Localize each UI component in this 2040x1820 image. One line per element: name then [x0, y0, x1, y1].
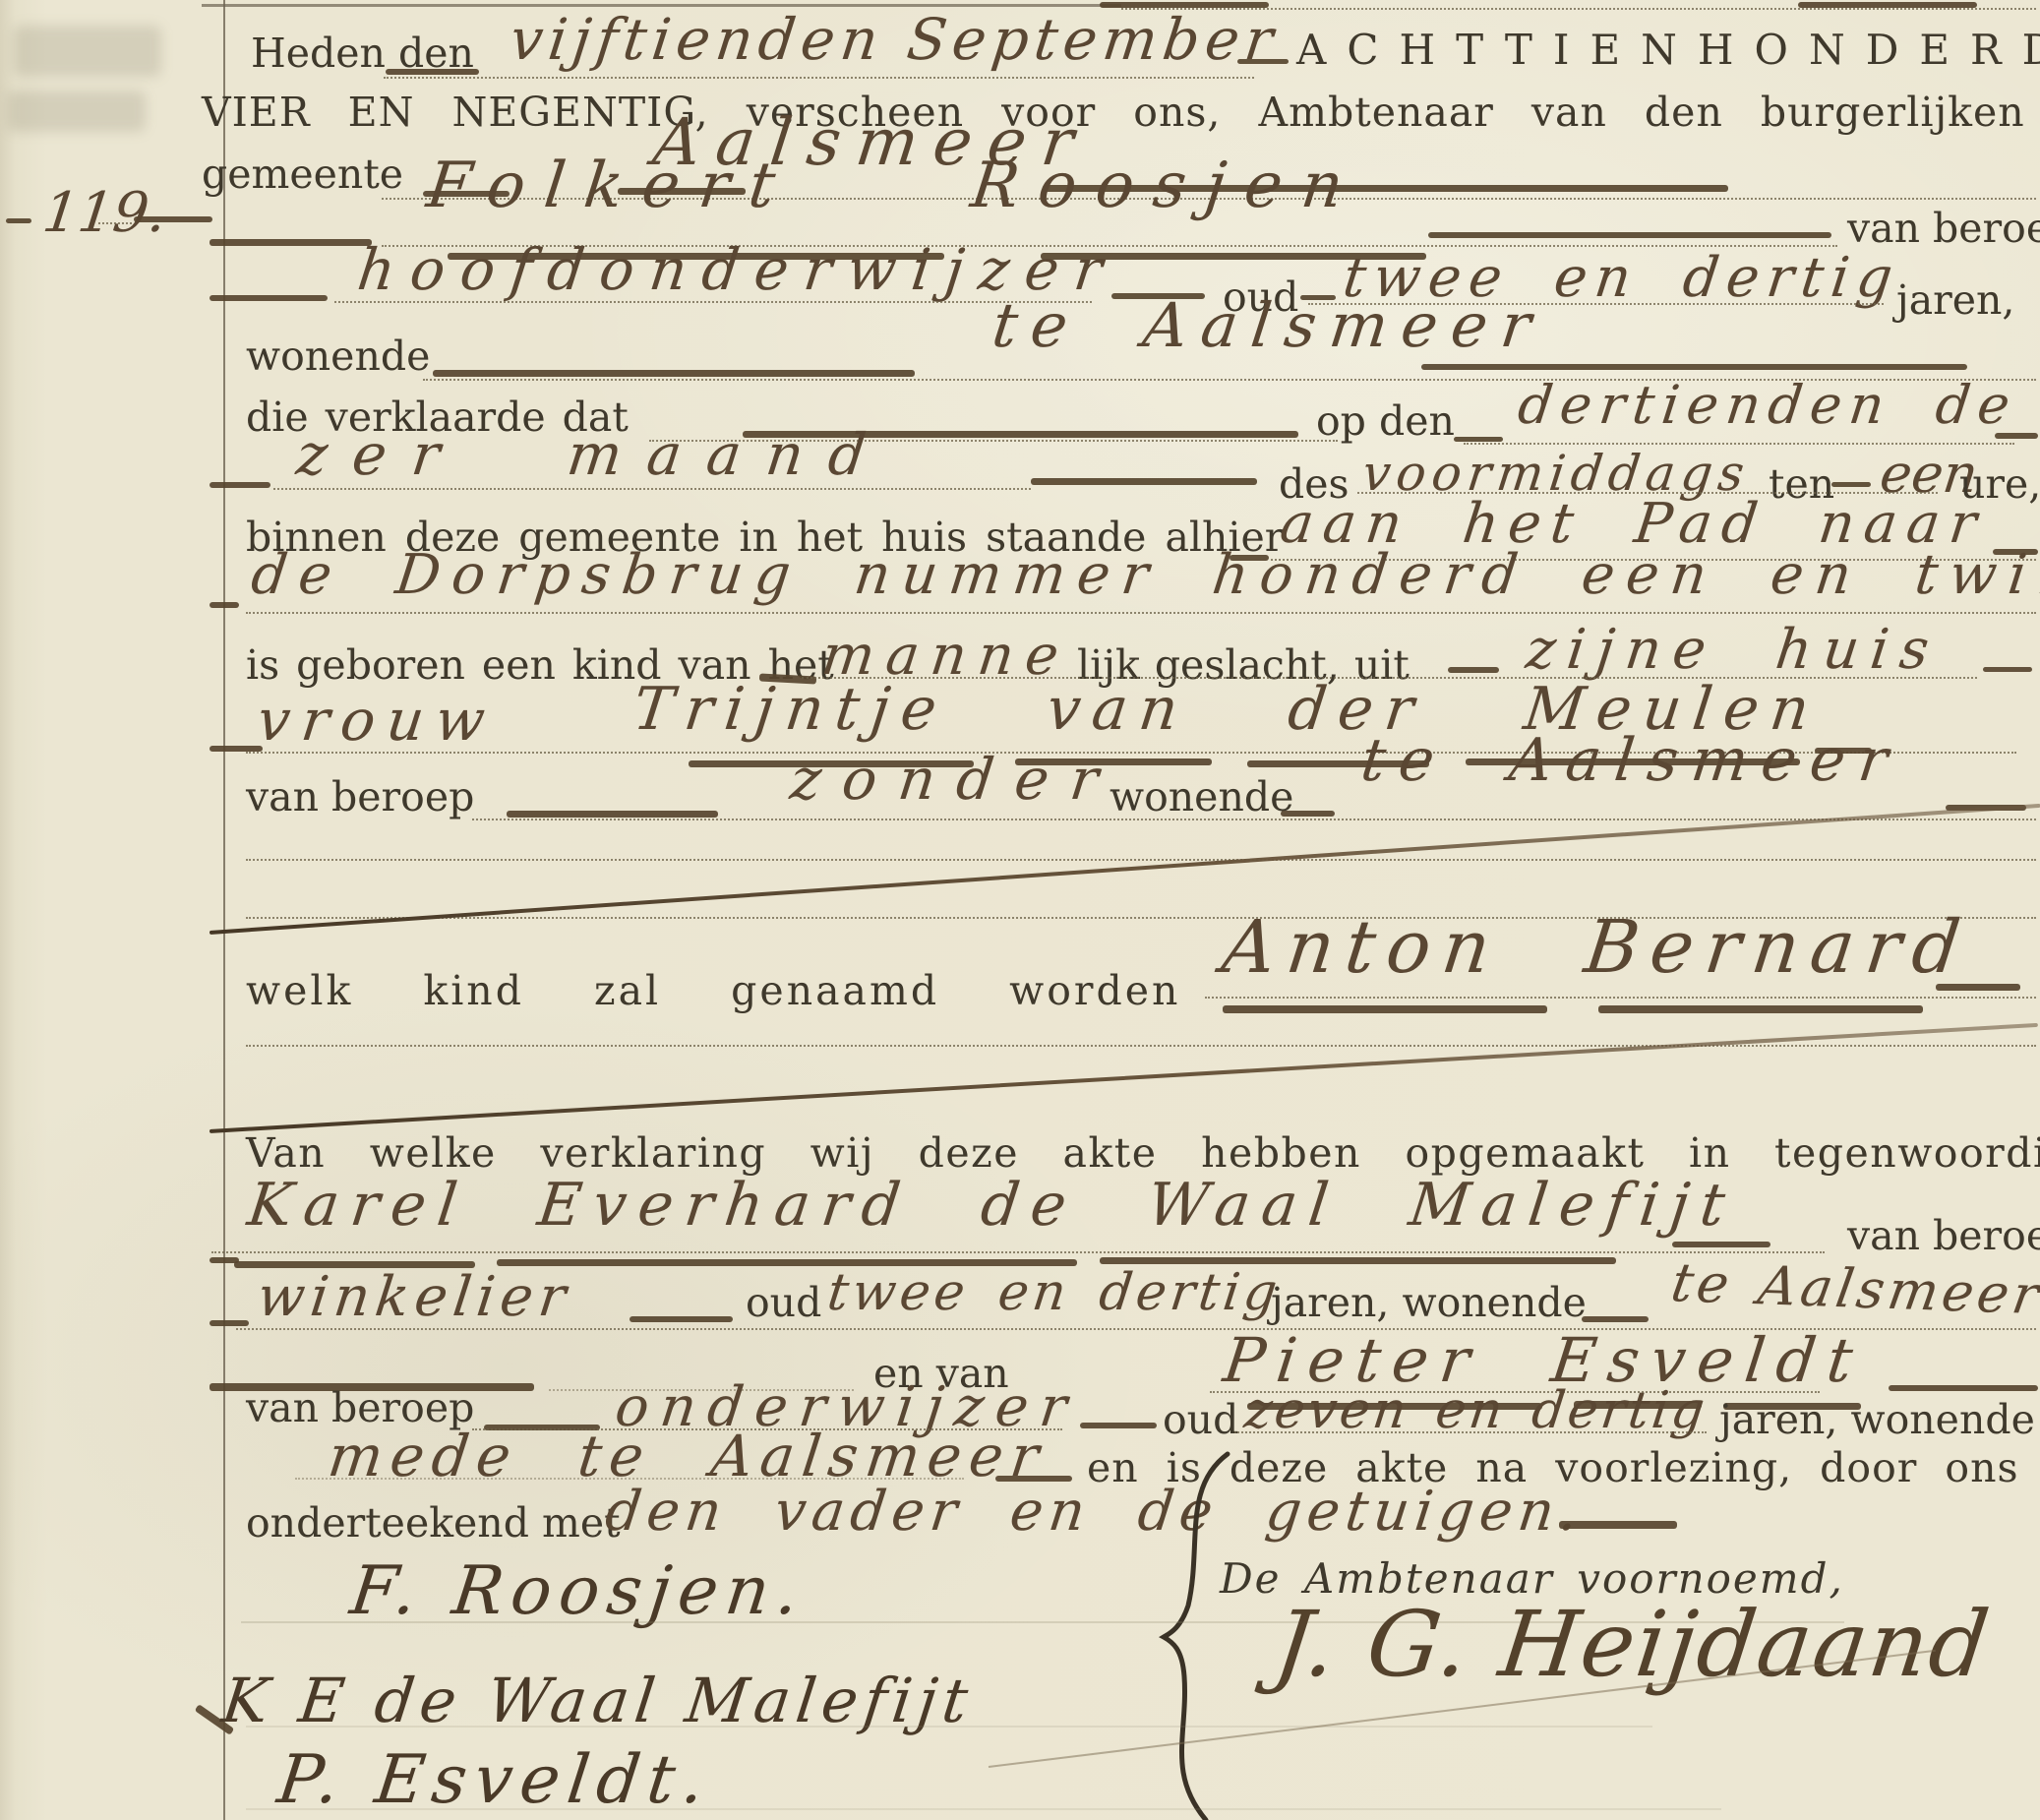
- birth-record-page: 119. Heden den vijftienden September ACH…: [0, 0, 2040, 1820]
- ruled-line: [246, 1808, 1721, 1810]
- signature-father: F. Roosjen.: [346, 1552, 810, 1630]
- closing-brace: [0, 0, 2040, 1820]
- ruled-line: [246, 1726, 1652, 1728]
- signature-official: J. G. Heijdaand: [1269, 1592, 1996, 1697]
